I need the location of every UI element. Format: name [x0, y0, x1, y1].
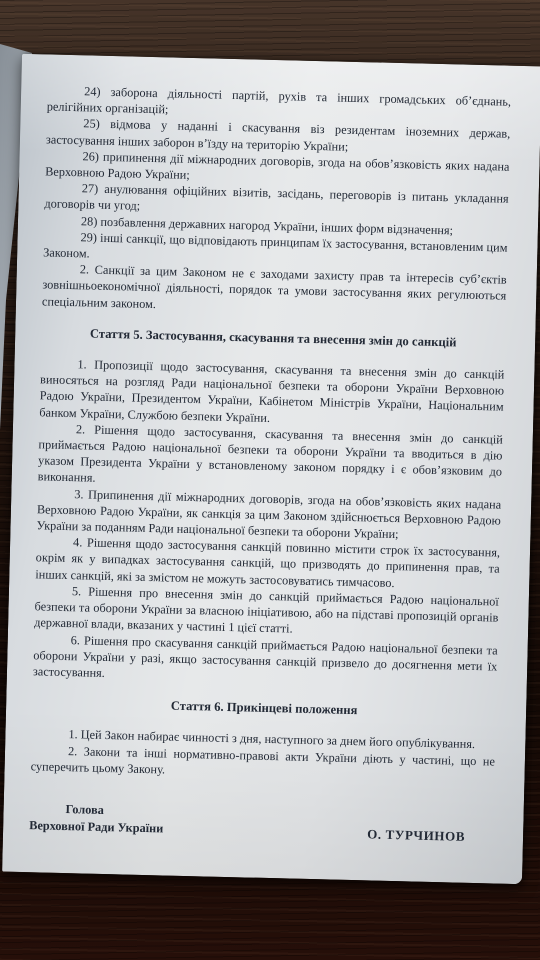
- signatory-title: Голова Верховної Ради України: [29, 800, 164, 837]
- article-5-paragraph-6: 6. Рішення про скасування санкцій прийма…: [33, 631, 498, 691]
- signatory-title-line2: Верховної Ради України: [29, 817, 163, 837]
- photo-scene: 24) заборона діяльності партій, рухів та…: [0, 0, 540, 960]
- signature-block: Голова Верховної Ради України О. ТУРЧИНО…: [29, 800, 494, 845]
- article-6-heading: Стаття 6. Прикінцеві положення: [32, 694, 496, 722]
- document-page: 24) заборона діяльності партій, рухів та…: [2, 54, 540, 884]
- article-5-paragraph-2: 2. Рішення щодо застосування, скасування…: [38, 420, 503, 496]
- signatory-name: О. ТУРЧИНОВ: [367, 826, 493, 845]
- document-text-block: 24) заборона діяльності партій, рухів та…: [3, 54, 540, 846]
- article-5-paragraph-1: 1. Пропозиції щодо застосування, скасува…: [39, 355, 504, 431]
- article-5-heading: Стаття 5. Застосування, скасування та вн…: [41, 324, 505, 352]
- paragraph-sanctions-note: 2. Санкції за цим Законом не є заходами …: [42, 261, 507, 321]
